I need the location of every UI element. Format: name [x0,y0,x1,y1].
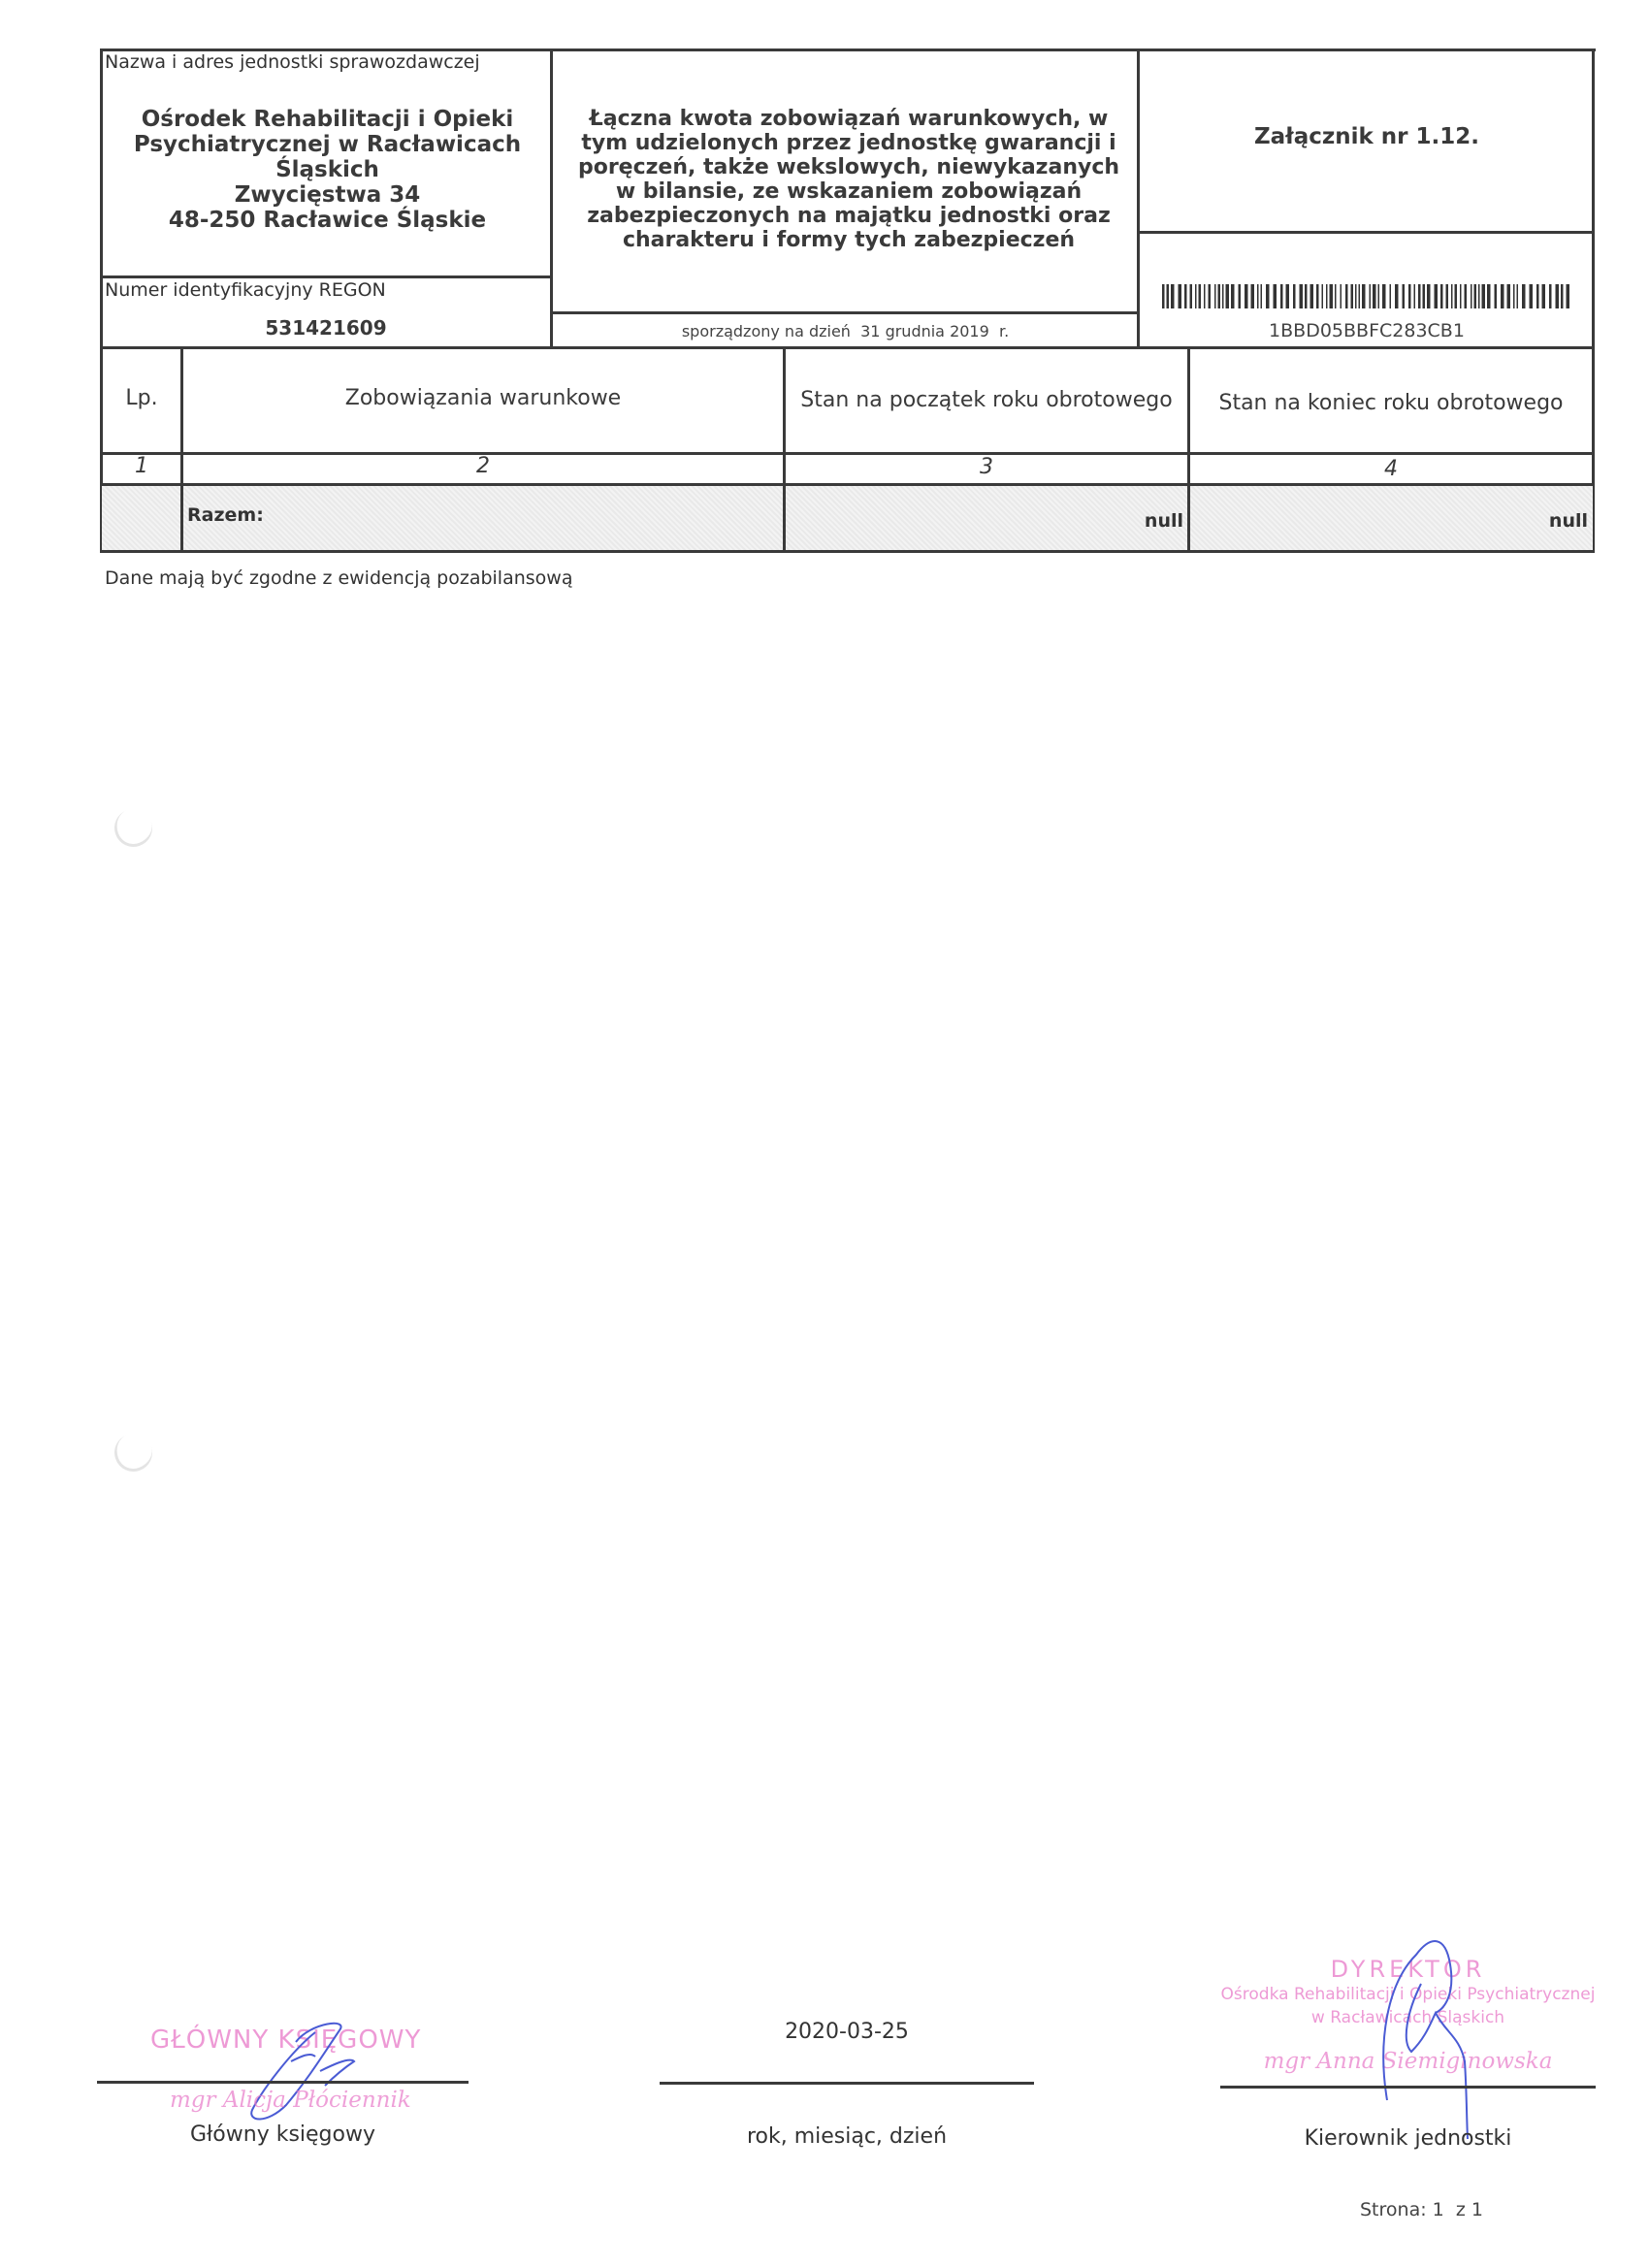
divider-date [550,311,1139,314]
col-header-start-balance: Stan na początek roku obrotowego [786,388,1187,412]
punch-hole-mark [110,804,158,853]
unit-name-line: Psychiatrycznej w Racławicach [107,132,548,157]
divider-regon [100,275,551,278]
title-line: tym udzielonych przez jednostkę gwarancj… [563,131,1135,155]
table-bottom [100,550,1595,553]
document-title: Łączna kwota zobowiązań warunkowych, w t… [563,107,1135,252]
unit-name: Ośrodek Rehabilitacji i Opieki Psychiatr… [107,107,548,233]
table-col-divider-2 [783,347,786,553]
punch-hole-mark [110,1429,158,1477]
col-number-1: 1 [103,454,180,478]
accountant-stamp-name: mgr Alicja Płóciennik [170,2088,411,2113]
date-line [660,2082,1034,2085]
col-number-3: 3 [786,455,1187,479]
unit-address-street: Zwycięstwa 34 [107,182,548,208]
note-text: Dane mają być zgodne z ewidencją pozabil… [105,567,572,589]
barcode-icon [1162,284,1569,308]
table-col-divider-3 [1187,347,1190,553]
divider-left-middle [550,49,553,349]
prepared-on-date: sporządzony na dzień 31 grudnia 2019 r. [553,322,1138,340]
accountant-caption: Główny księgowy [97,2122,469,2147]
col-header-obligations: Zobowiązania warunkowe [183,386,783,410]
date-caption: rok, miesiąc, dzień [660,2124,1034,2149]
total-row-background [102,486,1593,550]
page-number: Strona: 1 z 1 [1360,2199,1483,2220]
title-line: zabezpieczonych na majątku jednostki ora… [563,204,1135,228]
director-caption: Kierownik jednostki [1220,2126,1596,2151]
table-col-divider-1 [180,347,183,553]
title-line: poręczeń, także wekslowych, niewykazanyc… [563,155,1135,179]
director-signature-line [1220,2086,1596,2089]
total-start-value: null [1067,510,1183,532]
accountant-signature-line [97,2081,469,2084]
unit-address-city: 48-250 Racławice Śląskie [107,208,548,233]
title-line: charakteru i formy tych zabezpieczeń [563,228,1135,252]
col-header-lp: Lp. [103,386,180,410]
director-signature-icon [1377,1926,1484,2139]
col-number-2: 2 [183,454,783,478]
total-row-label: Razem: [187,504,264,526]
unit-label: Nazwa i adres jednostki sprawozdawczej [105,51,480,73]
annex-number: Załącznik nr 1.12. [1141,124,1593,149]
divider-middle-right [1137,49,1140,349]
header-bottom [100,346,1595,349]
barcode-text: 1BBD05BBFC283CB1 [1141,320,1593,341]
unit-name-line: Śląskich [107,157,548,182]
col-header-end-balance: Stan na koniec roku obrotowego [1190,391,1592,415]
divider-annex-barcode [1137,231,1595,234]
regon-label: Numer identyfikacyjny REGON [105,279,386,301]
table-numbers-bottom [100,483,1595,486]
regon-value: 531421609 [103,316,549,340]
unit-name-line: Ośrodek Rehabilitacji i Opieki [107,107,548,132]
signing-date: 2020-03-25 [660,2020,1034,2044]
col-number-4: 4 [1190,457,1592,481]
title-line: w bilansie, ze wskazaniem zobowiązań [563,179,1135,204]
title-line: Łączna kwota zobowiązań warunkowych, w [563,107,1135,131]
total-end-value: null [1470,510,1588,532]
